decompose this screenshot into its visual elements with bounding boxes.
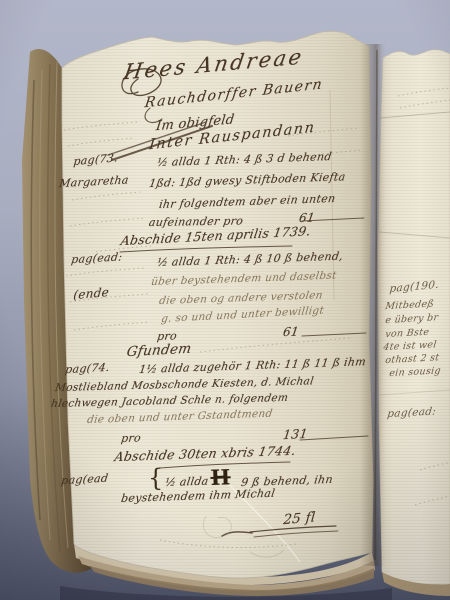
entry2-amount: 61: [282, 324, 300, 339]
entry4-monogram: H: [210, 464, 231, 490]
entry3-amount: 131: [282, 426, 309, 442]
entry4-margin-pag: pag(ead: [60, 472, 109, 488]
entry2-margin-pag: pag(ead:: [70, 250, 123, 266]
manuscript-photo: Hees Andreae Rauchdorffer Bauern Im obig…: [0, 0, 450, 600]
entry3-margin-pag: pag(74.: [64, 361, 110, 376]
entry4-brace: {: [148, 464, 164, 492]
entry4-amount: 25 fl: [283, 509, 317, 528]
entry3-pro-label: pro: [120, 431, 142, 445]
entry4-line-pre: ½ allda: [164, 474, 209, 489]
